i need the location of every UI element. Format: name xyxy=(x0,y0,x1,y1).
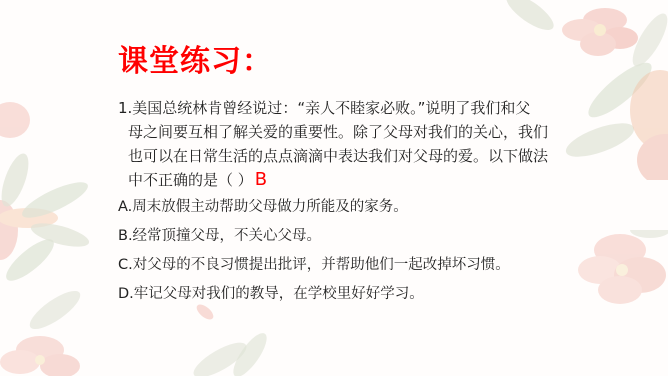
floral-decoration-right xyxy=(560,230,668,350)
question-line-3: 也可以在日常生活的点点滴滴中表达我们对父母的爱。以下做法 xyxy=(118,144,538,168)
answer-letter: B xyxy=(255,169,267,190)
question-line-1: 1.美国总统林肯曾经说过：“亲人不睦家必败。”说明了我们和父 xyxy=(118,96,538,120)
option-b: B.经常顶撞父母，不关心父母。 xyxy=(118,226,510,255)
option-c: C.对父母的不良习惯提出批评，并帮助他们一起改掉坏习惯。 xyxy=(118,255,510,284)
question-line-2: 母之间要互相了解关爱的重要性。除了父母对我们的关心，我们 xyxy=(118,120,538,144)
question-prompt: 中不正确的是（ ） xyxy=(128,171,253,189)
option-a: A.周末放假主动帮助父母做力所能及的家务。 xyxy=(118,197,510,226)
options-list: A.周末放假主动帮助父母做力所能及的家务。 B.经常顶撞父母，不关心父母。 C.… xyxy=(118,197,510,313)
floral-decoration-left xyxy=(0,100,130,376)
slide-title: 课堂练习： xyxy=(118,36,273,80)
question-text: 1.美国总统林肯曾经说过：“亲人不睦家必败。”说明了我们和父 母之间要互相了解关… xyxy=(118,96,538,192)
question-line-4: 中不正确的是（ ）B xyxy=(118,168,538,192)
option-d: D.牢记父母对我们的教导，在学校里好好学习。 xyxy=(118,284,510,313)
